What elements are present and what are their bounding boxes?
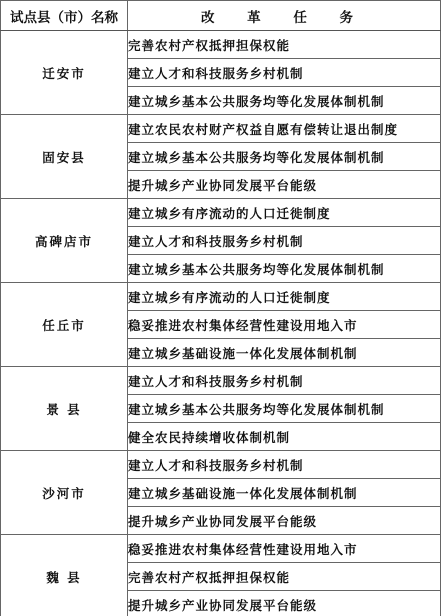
table-row: 景 县 建立人才和科技服务乡村机制 (1, 367, 441, 395)
task-cell: 建立人才和科技服务乡村机制 (128, 59, 441, 87)
header-row: 试点县（市）名称 改 革 任 务 (1, 1, 441, 31)
task-cell: 稳妥推进农村集体经营性建设用地入市 (128, 311, 441, 339)
task-cell: 建立城乡有序流动的人口迁徙制度 (128, 283, 441, 311)
task-cell: 完善农村产权抵押担保权能 (128, 31, 441, 59)
task-cell: 建立城乡基础设施一体化发展体制机制 (128, 479, 441, 507)
table-row: 迁安市 完善农村产权抵押担保权能 (1, 31, 441, 59)
task-cell: 建立城乡基本公共服务均等化发展体制机制 (128, 395, 441, 423)
county-cell: 迁安市 (1, 31, 128, 115)
header-reform-tasks: 改 革 任 务 (128, 1, 441, 31)
task-cell: 建立人才和科技服务乡村机制 (128, 227, 441, 255)
task-cell: 建立城乡有序流动的人口迁徙制度 (128, 199, 441, 227)
county-cell: 景 县 (1, 367, 128, 451)
task-cell: 提升城乡产业协同发展平台能级 (128, 507, 441, 535)
task-cell: 建立城乡基础设施一体化发展体制机制 (128, 339, 441, 367)
task-cell: 提升城乡产业协同发展平台能级 (128, 591, 441, 616)
task-cell: 建立城乡基本公共服务均等化发展体制机制 (128, 143, 441, 171)
county-cell: 任丘市 (1, 283, 128, 367)
task-cell: 建立城乡基本公共服务均等化发展体制机制 (128, 255, 441, 283)
county-cell: 固安县 (1, 115, 128, 199)
county-cell: 高碑店市 (1, 199, 128, 283)
task-cell: 建立农民农村财产权益自愿有偿转让退出制度 (128, 115, 441, 143)
task-cell: 稳妥推进农村集体经营性建设用地入市 (128, 535, 441, 563)
table-row: 固安县 建立农民农村财产权益自愿有偿转让退出制度 (1, 115, 441, 143)
county-cell: 魏 县 (1, 535, 128, 616)
table-row: 高碑店市 建立城乡有序流动的人口迁徙制度 (1, 199, 441, 227)
task-cell: 建立城乡基本公共服务均等化发展体制机制 (128, 87, 441, 115)
task-cell: 建立人才和科技服务乡村机制 (128, 367, 441, 395)
table-row: 任丘市 建立城乡有序流动的人口迁徙制度 (1, 283, 441, 311)
pilot-reform-table: 试点县（市）名称 改 革 任 务 迁安市 完善农村产权抵押担保权能 建立人才和科… (0, 0, 441, 616)
task-cell: 健全农民持续增收体制机制 (128, 423, 441, 451)
task-cell: 建立人才和科技服务乡村机制 (128, 451, 441, 479)
county-cell: 沙河市 (1, 451, 128, 535)
table-row: 魏 县 稳妥推进农村集体经营性建设用地入市 (1, 535, 441, 563)
task-cell: 完善农村产权抵押担保权能 (128, 563, 441, 591)
header-county-name: 试点县（市）名称 (1, 1, 128, 31)
table-row: 沙河市 建立人才和科技服务乡村机制 (1, 451, 441, 479)
task-cell: 提升城乡产业协同发展平台能级 (128, 171, 441, 199)
